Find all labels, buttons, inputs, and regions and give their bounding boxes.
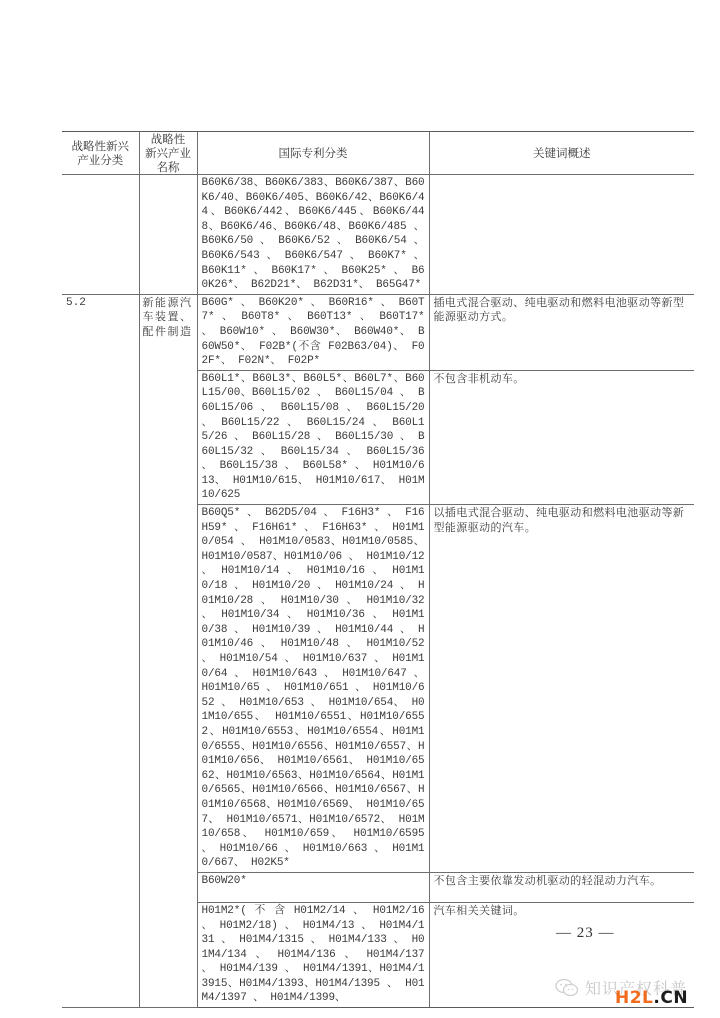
page-number: — 23 —: [556, 925, 615, 942]
ipc-cell: B60L1*、B60L3*、B60L5*、B60L7*、B60L15/00、B6…: [197, 370, 429, 504]
table-row: B60K6/38、B60K6/383、B60K6/387、B60K6/40、B6…: [62, 175, 694, 295]
wechat-icon: [555, 978, 579, 998]
keywords-cell: 不包含非机动车。: [429, 370, 694, 504]
header-label: 国际专利分类: [279, 146, 348, 160]
keywords-cell: [429, 175, 694, 295]
watermark: 知识产权科普 H2L.CN: [555, 972, 715, 1012]
brand-suffix: .CN: [653, 988, 688, 1008]
name-cell: [139, 175, 197, 295]
ipc-cell: H01M2*( 不 含 H01M2/14 、 H01M2/16 、 H01M2/…: [197, 902, 429, 1007]
header-industry-name: 战略性 新兴产业 名称: [139, 132, 197, 175]
table-header-row: 战略性新兴 产业分类 战略性 新兴产业 名称 国际专利分类 关键词概述: [62, 132, 694, 175]
ipc-classification-table: 战略性新兴 产业分类 战略性 新兴产业 名称 国际专利分类 关键词概述 B60K…: [62, 131, 694, 1008]
keywords-cell: 不包含主要依靠发动机驱动的轻混动力汽车。: [429, 872, 694, 902]
watermark-brand: H2L.CN: [615, 988, 688, 1008]
ipc-cell: B60Q5* 、 B62D5/04 、 F16H3* 、 F16H59* 、 F…: [197, 505, 429, 873]
header-industry-category: 战略性新兴 产业分类: [62, 132, 139, 175]
table: 战略性新兴 产业分类 战略性 新兴产业 名称 国际专利分类 关键词概述 B60K…: [62, 131, 694, 1008]
ipc-cell: B60W20*: [197, 872, 429, 902]
table-row: 5.2 新能源汽车装置、配件制造 B60G* 、 B60K20* 、 B60R1…: [62, 294, 694, 370]
header-label: 战略性 新兴产业 名称: [145, 132, 191, 174]
category-cell: [62, 175, 139, 295]
ipc-cell: B60G* 、 B60K20* 、 B60R16* 、 B60T7* 、 B60…: [197, 294, 429, 370]
header-label: 战略性新兴 产业分类: [72, 139, 130, 167]
category-cell: 5.2: [62, 294, 139, 1007]
keywords-cell: 以插电式混合驱动、纯电驱动和燃料电池驱动等新型能源驱动的汽车。: [429, 505, 694, 873]
header-keywords: 关键词概述: [429, 132, 694, 175]
keywords-cell: 插电式混合驱动、纯电驱动和燃料电池驱动等新型能源驱动方式。: [429, 294, 694, 370]
name-cell: 新能源汽车装置、配件制造: [139, 294, 197, 1007]
header-ipc: 国际专利分类: [197, 132, 429, 175]
ipc-cell: B60K6/38、B60K6/383、B60K6/387、B60K6/40、B6…: [197, 175, 429, 295]
header-label: 关键词概述: [533, 146, 591, 160]
brand-main: H2L: [615, 988, 653, 1008]
